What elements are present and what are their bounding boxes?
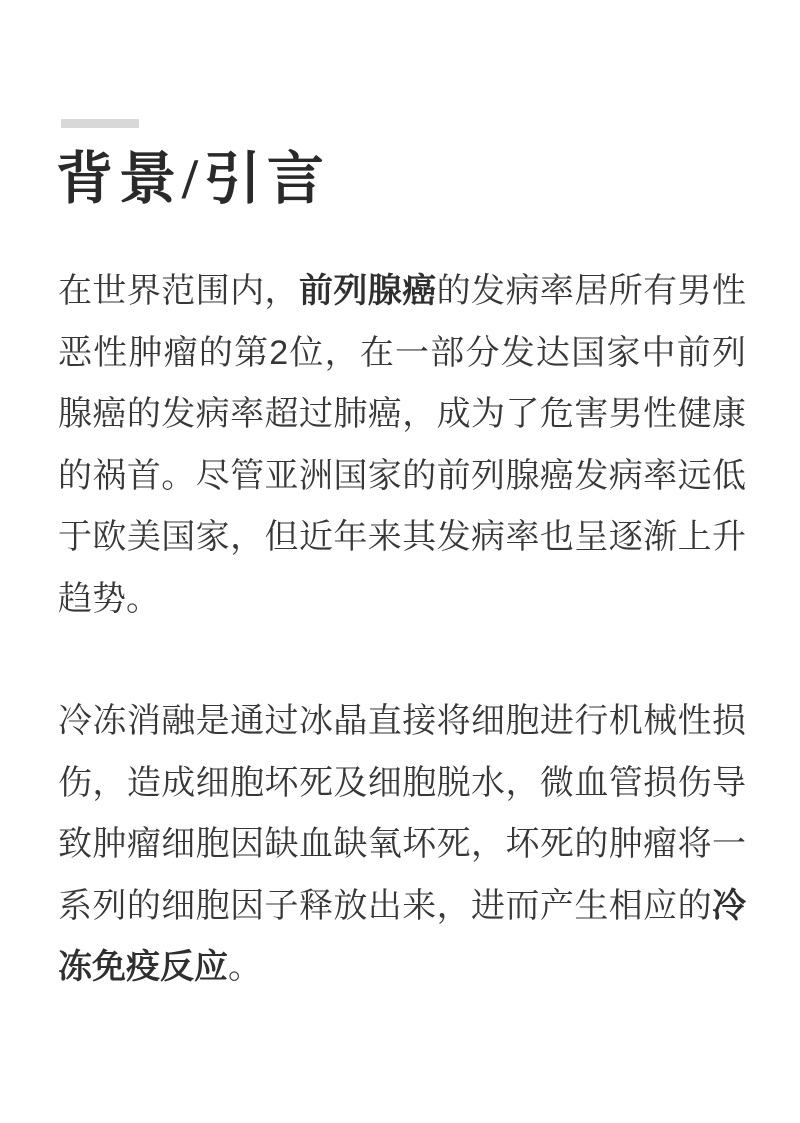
accent-bar: [61, 119, 139, 128]
document-page: 背景/引言 在世界范围内，前列腺癌的发病率居所有男性恶性肿瘤的第2位，在一部分发…: [0, 0, 800, 1123]
text-segment: 的发病率居所有男性恶性肿瘤的第2位，在一部分发达国家中前列腺癌的发病率超过肺癌，…: [58, 272, 746, 618]
body-paragraph-1: 在世界范围内，前列腺癌的发病率居所有男性恶性肿瘤的第2位，在一部分发达国家中前列…: [58, 261, 746, 630]
text-segment-bold: 前列腺癌: [299, 272, 437, 310]
text-segment: 。: [228, 948, 262, 986]
body-paragraph-2: 冷冻消融是通过冰晶直接将细胞进行机械性损伤，造成细胞坏死及细胞脱水，微血管损伤导…: [58, 691, 746, 999]
page-title: 背景/引言: [56, 144, 330, 215]
text-segment: 在世界范围内，: [58, 272, 299, 310]
text-segment: 冷冻消融是通过冰晶直接将细胞进行机械性损伤，造成细胞坏死及细胞脱水，微血管损伤导…: [58, 702, 746, 925]
